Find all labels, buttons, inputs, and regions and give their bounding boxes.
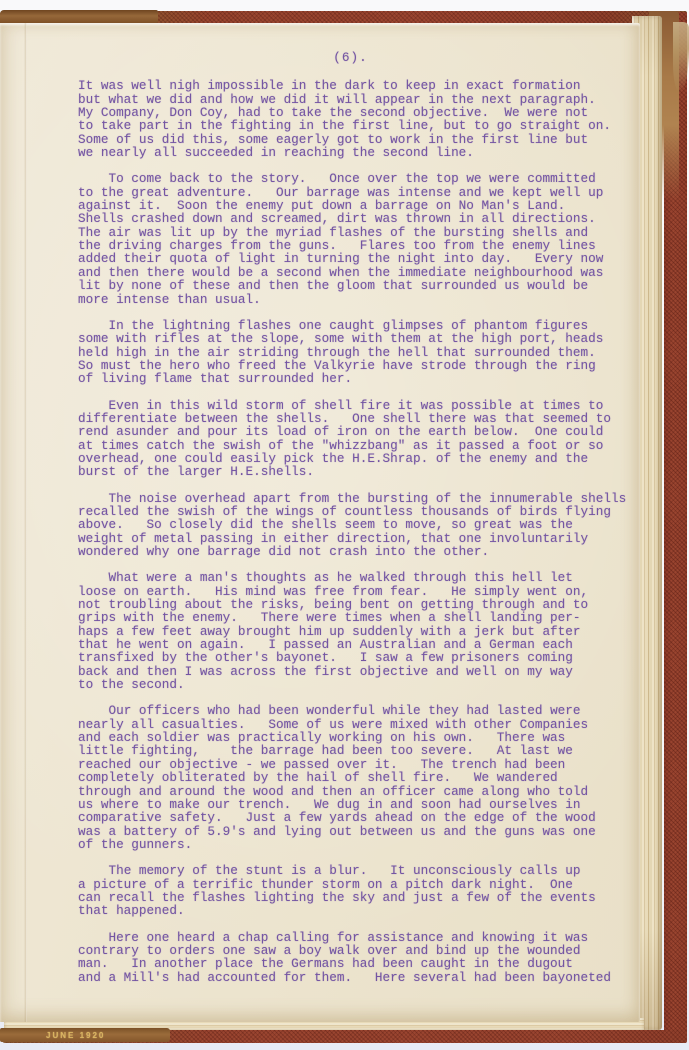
paragraph: The noise overhead apart from the bursti… [78,492,644,559]
book-spine-leather-top-left [0,10,158,23]
spine-stamp-text: JUNE 1920 [46,1031,105,1040]
spine-date-stamp: JUNE 1920 [0,1028,170,1042]
page-number: (6). [78,51,623,64]
paragraph: In the lightning flashes one caught glim… [78,319,644,386]
paragraph: Even in this wild storm of shell fire it… [78,399,644,479]
paragraph: What were a man's thoughts as he walked … [78,571,644,691]
document-page: (6). It was well nigh impossible in the … [0,23,640,1022]
scan-background: JUNE 1920 (6). It was well nigh impossib… [0,0,689,1050]
typewritten-content: (6). It was well nigh impossible in the … [78,51,644,984]
paragraph: Our officers who had been wonderful whil… [78,704,644,851]
paragraph: The memory of the stunt is a blur. It un… [78,864,644,917]
paragraph: To come back to the story. Once over the… [78,172,644,305]
page-crease [24,23,27,1022]
paragraph: It was well nigh impossible in the dark … [78,79,644,159]
paragraph: Here one heard a chap calling for assist… [78,931,644,984]
